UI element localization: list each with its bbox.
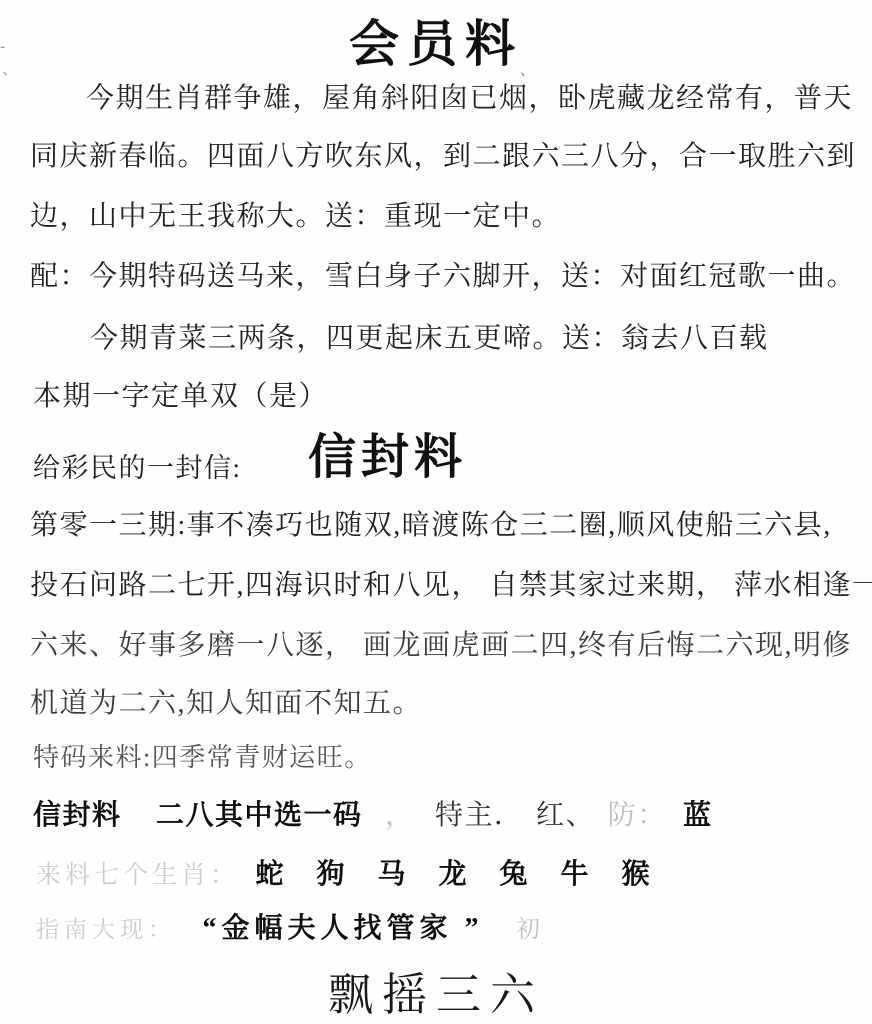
pick-row: 信封料 二八其中选一码 ， 特主． 红、 防： 蓝	[33, 793, 713, 833]
quote-row-faded-suffix: 初	[516, 909, 542, 944]
footer-title: 飘摇三六	[0, 958, 872, 1023]
envelope-paragraph-line: 机道为二六,知人知面不知五。	[30, 681, 422, 721]
zodiac-animals: 蛇 狗 马 龙 兔 牛 猴	[256, 852, 663, 892]
zodiac-row: 来料七个生肖： 蛇 狗 马 龙 兔 牛 猴	[36, 852, 663, 892]
scanned-lottery-sheet: - 、 、 会员料 今期生肖群争雄，屋角斜阳囱已烟，卧虎藏龙经常有，普天 同庆新…	[0, 0, 872, 1024]
qingcai-line: 今期青菜三两条，四更起床五更啼。送：翁去八百载	[90, 316, 769, 356]
pei-line: 配：今期特码送马来，雪白身子六脚开，送：对面红冠歌一曲。	[30, 254, 856, 294]
pick-row-blue: 蓝	[683, 793, 713, 833]
pick-row-main-label: 特主．	[435, 793, 524, 833]
member-paragraph-line: 今期生肖群争雄，屋角斜阳囱已烟，卧虎藏龙经常有，普天	[86, 76, 853, 116]
pick-row-faded-comma: ，	[385, 793, 415, 833]
danshuang-line: 本期一字定单双（是）	[33, 374, 328, 414]
quote-row: 指南大现： “金幅夫人找管家 ” 初	[36, 906, 542, 946]
member-paragraph-line: 边，山中无王我称大。送：重现一定中。	[30, 194, 561, 234]
envelope-paragraph-line: 六来、好事多磨一八逐， 画龙画虎画二四,终有后悔二六现,明修	[30, 623, 852, 663]
tema-line: 特码来料:四季常青财运旺。	[33, 737, 372, 774]
member-section-title: 会员料	[0, 4, 872, 76]
quote-text: “金幅夫人找管家 ”	[203, 906, 484, 946]
envelope-paragraph-line: 第零一三期:事不凑巧也随双,暗渡陈仓三二圈,顺风使船三六县,	[30, 503, 832, 543]
pick-row-fang: 防：	[608, 793, 667, 833]
pick-row-red: 红、	[536, 793, 595, 833]
member-paragraph-line: 同庆新春临。四面八方吹东风，到二跟六三八分，合一取胜六到	[30, 134, 856, 174]
envelope-paragraph-line: 投石问路二七开,四海识时和八见， 自禁其家过来期， 萍水相逢一	[30, 563, 872, 603]
pick-row-text: 二八其中选一码	[156, 793, 363, 833]
envelope-section-title: 信封料	[308, 418, 467, 487]
letter-intro-label: 给彩民的一封信:	[33, 446, 242, 485]
pick-row-label: 信封料	[33, 793, 122, 833]
quote-row-faded-prefix: 指南大现：	[36, 911, 176, 944]
zodiac-row-faded-prefix: 来料七个生肖：	[36, 855, 239, 891]
